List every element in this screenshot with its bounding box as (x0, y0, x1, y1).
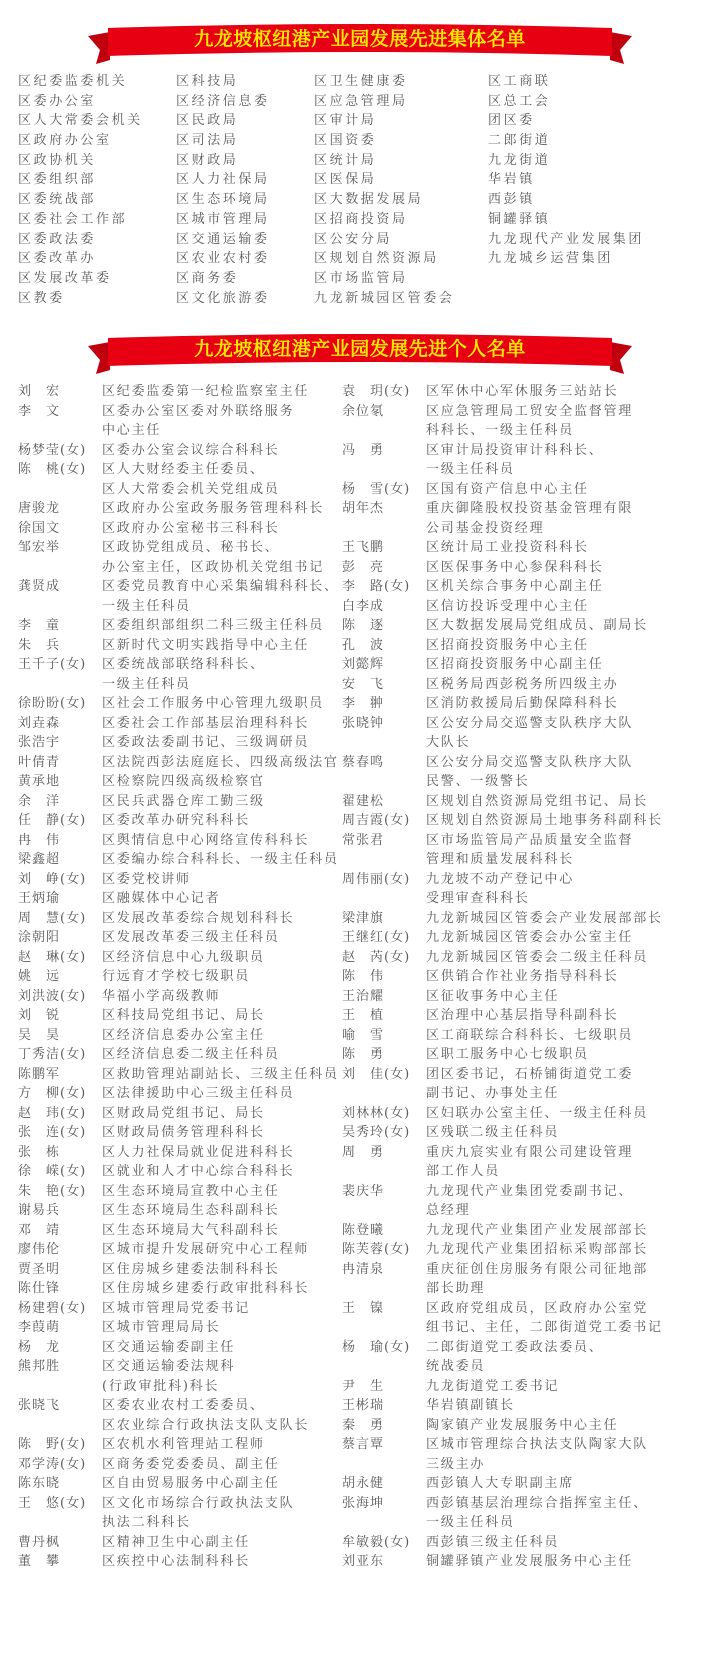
person-title: 重庆征创住房服务有限公司征地部部长助理 (426, 1260, 648, 1299)
person-name: 张晓钟 (342, 714, 426, 753)
person-name: 赵 琳(女) (18, 948, 102, 968)
person-name: 袁 玥(女) (342, 382, 426, 402)
person-row: 张浩宇区委政法委副书记、三级调研员 (18, 733, 339, 753)
person-name: 牟敏毅(女) (342, 1533, 426, 1553)
person-name: 梁津旗 (342, 909, 426, 929)
person-row: 方 柳(女)区法律援助中心三级主任科员 (18, 1084, 339, 1104)
person-row: 陈芙蓉(女)九龙现代产业集团招标采购部部长 (342, 1240, 663, 1260)
person-row: 丁秀洁(女)区经济信息委二级主任科员 (18, 1045, 339, 1065)
person-title-line: 区商务委党委委员、副主任 (102, 1455, 280, 1475)
person-title-line: 区城市提升发展研究中心工程师 (102, 1240, 309, 1260)
person-name: 王飞鹏 (342, 538, 426, 558)
person-title: 区人力社保局就业促进科科长 (102, 1143, 294, 1163)
person-title-line: 区国有资产信息中心主任 (426, 480, 589, 500)
person-name: 邹宏举 (18, 538, 102, 577)
person-row: 冯 勇区审计局投资审计科科长、一级主任科员 (342, 441, 663, 480)
person-title-line: 区农业综合行政执法支队支队长 (102, 1416, 309, 1436)
person-title-line: 区救助管理站副站长、三级主任科员 (102, 1065, 339, 1085)
person-title: 区政府办公室秘书三科科长 (102, 519, 280, 539)
person-title: 区城市管理局党委书记 (102, 1299, 250, 1319)
person-title-line: 区住房城乡建委法制科科长 (102, 1260, 280, 1280)
person-title-line: 区经济信息中心九级职员 (102, 948, 265, 968)
person-title: 区住房城乡建委行政审批科科长 (102, 1279, 309, 1299)
person-title-line: 部长助理 (426, 1279, 648, 1299)
person-title-line: 西彭镇基层治理综合指挥室主任、 (426, 1494, 648, 1514)
collective-item: 区政府办公室 (18, 131, 143, 151)
person-title: 区委改革办研究科科长 (102, 811, 250, 831)
person-title-line: 区审计局投资审计科科长、 (426, 441, 604, 461)
person-row: 王彬瑞华岩镇副镇长 (342, 1396, 663, 1416)
person-title: 区委政法委副书记、三级调研员 (102, 733, 309, 753)
person-title: 区就业和人才中心综合科科长 (102, 1162, 294, 1182)
person-row: 白李成区信访投诉受理中心主任 (342, 597, 663, 617)
person-title-line: 区规划自然资源局党组书记、局长 (426, 792, 648, 812)
person-row: 陈东晓区自由贸易服务中心副主任 (18, 1474, 339, 1494)
person-title-line: 民警、一级警长 (426, 772, 633, 792)
person-title-line: 区人大财经委主任委员、 (102, 460, 280, 480)
person-title-line: 区医保事务中心参保科科长 (426, 558, 604, 578)
person-title-line: 九龙街道党工委书记 (426, 1377, 559, 1397)
person-title-line: 区妇联办公室主任、一级主任科员 (426, 1104, 648, 1124)
collective-item: 区教委 (18, 289, 143, 309)
person-row: 熊邦胜区交通运输委法规科(行政审批科)科长 (18, 1357, 339, 1396)
person-title: 区委党校讲师 (102, 870, 191, 890)
person-title: 区委社会工作部基层治理科科长 (102, 714, 309, 734)
collective-item: 区统计局 (314, 151, 454, 171)
person-title-line: 重庆御隆股权投资基金管理有限 (426, 499, 633, 519)
collective-item: 区总工会 (488, 92, 644, 112)
person-name: 王 植 (342, 1006, 426, 1026)
person-title: 九龙坡不动产登记中心受理审查科科长 (426, 870, 574, 909)
person-row: 刘 宏区纪委监委第一纪检监察室主任 (18, 382, 339, 402)
person-name: 裴庆华 (342, 1182, 426, 1221)
person-title-line: 区工商联综合科科长、七级职员 (426, 1026, 633, 1046)
person-title: 区征收事务中心主任 (426, 987, 559, 1007)
person-title: 区新时代文明实践指导中心主任 (102, 636, 309, 656)
person-title-line: 区新时代文明实践指导中心主任 (102, 636, 309, 656)
person-name: 杨 龙 (18, 1338, 102, 1358)
person-title-line: 区科技局党组书记、局长 (102, 1006, 265, 1026)
person-row: 周吉霞(女)区规划自然资源局土地事务科副科长 (342, 811, 663, 831)
person-title-line: 区规划自然资源局土地事务科副科长 (426, 811, 663, 831)
person-title: 区政协党组成员、秘书长、办公室主任，区政协机关党组书记 (102, 538, 324, 577)
person-title-line: 区委组织部组织二科三级主任科员 (102, 616, 324, 636)
person-title-line: 区税务局西彭税务所四级主办 (426, 675, 618, 695)
person-title-line: 西彭镇人大专职副主席 (426, 1474, 574, 1494)
person-row: 安 飞区税务局西彭税务所四级主办 (342, 675, 663, 695)
collective-item: 区农业农村委 (176, 249, 270, 269)
person-name: 朱 艳(女) (18, 1182, 102, 1202)
person-row: 李 路(女)区机关综合事务中心副主任 (342, 577, 663, 597)
person-name: 周伟丽(女) (342, 870, 426, 909)
person-title-line: 铜罐驿镇产业发展服务中心主任 (426, 1552, 633, 1572)
person-title: 区招商投资服务中心副主任 (426, 655, 604, 675)
collective-item: 西彭镇 (488, 190, 644, 210)
person-title: 区发展改革委三级主任科员 (102, 928, 280, 948)
collective-item: 区司法局 (176, 131, 270, 151)
collective-item: 区委政法委 (18, 230, 143, 250)
person-name: 周吉霞(女) (342, 811, 426, 831)
collective-column-3: 区卫生健康委区应急管理局区审计局区国资委区统计局区医保局区大数据发展局区招商投资… (314, 72, 454, 308)
person-title: 区城市提升发展研究中心工程师 (102, 1240, 309, 1260)
person-name: 丁秀洁(女) (18, 1045, 102, 1065)
person-row: 秦 勇陶家镇产业发展服务中心主任 (342, 1416, 663, 1436)
person-row: 胡永健西彭镇人大专职副主席 (342, 1474, 663, 1494)
person-row: 蔡春鸣区公安分局交巡警支队秩序大队民警、一级警长 (342, 753, 663, 792)
person-name: 陈鹏军 (18, 1065, 102, 1085)
collective-item: 区委组织部 (18, 170, 143, 190)
collective-item: 区发展改革委 (18, 269, 143, 289)
person-name: 胡永健 (342, 1474, 426, 1494)
person-row: 李葭萌区城市管理局局长 (18, 1318, 339, 1338)
person-title-line: 区军休中心军休服务三站站长 (426, 382, 618, 402)
person-title: 区政府党组成员，区政府办公室党组书记、主任，二郎街道党工委书记 (426, 1299, 663, 1338)
person-row: 赵 玮(女)区财政局党组书记、局长 (18, 1104, 339, 1124)
collective-item: 九龙新城园区管委会 (314, 289, 454, 309)
individual-column-right: 袁 玥(女)区军休中心军休服务三站站长余位氡区应急管理局工贸安全监督管理科科长、… (342, 382, 663, 1572)
person-row: 杨 龙区交通运输委副主任 (18, 1338, 339, 1358)
person-title: 区法律援助中心三级主任科员 (102, 1084, 294, 1104)
collective-item: 区招商投资局 (314, 210, 454, 230)
collective-item: 区城市管理局 (176, 210, 270, 230)
person-title: 区信访投诉受理中心主任 (426, 597, 589, 617)
person-name: 胡年杰 (342, 499, 426, 538)
person-name: 刘林林(女) (342, 1104, 426, 1124)
collective-item: 区规划自然资源局 (314, 249, 454, 269)
person-row: 喻 雪区工商联综合科科长、七级职员 (342, 1026, 663, 1046)
collective-item: 区委办公室 (18, 92, 143, 112)
person-row: 王治耀区征收事务中心主任 (342, 987, 663, 1007)
person-title-line: 二郎街道党工委政法委员、 (426, 1338, 604, 1358)
person-title-line: 区法律援助中心三级主任科员 (102, 1084, 294, 1104)
person-row: 朱 艳(女)区生态环境局宣教中心主任 (18, 1182, 339, 1202)
person-title: 区职工服务中心七级职员 (426, 1045, 589, 1065)
person-name: 孔 波 (342, 636, 426, 656)
collective-column-1: 区纪委监委机关区委办公室区人大常委会机关区政府办公室区政协机关区委组织部区委统战… (18, 72, 143, 308)
person-row: 徐 嵘(女)区就业和人才中心综合科科长 (18, 1162, 339, 1182)
person-row: 邹宏举区政协党组成员、秘书长、办公室主任，区政协机关党组书记 (18, 538, 339, 577)
person-title-line: 三级主办 (426, 1455, 648, 1475)
person-title: 区工商联综合科科长、七级职员 (426, 1026, 633, 1046)
person-title: 区救助管理站副站长、三级主任科员 (102, 1065, 339, 1085)
person-row: 张 栋区人力社保局就业促进科科长 (18, 1143, 339, 1163)
person-title-line: 区城市管理综合执法支队陶家大队 (426, 1435, 648, 1455)
person-title-line: 区发展改革委三级主任科员 (102, 928, 280, 948)
collective-item: 区纪委监委机关 (18, 72, 143, 92)
collective-item: 区委统战部 (18, 190, 143, 210)
person-title-line: 统战委员 (426, 1357, 604, 1377)
person-name: 徐 嵘(女) (18, 1162, 102, 1182)
person-name: 陈东晓 (18, 1474, 102, 1494)
person-title-line: 区政府办公室政务服务管理科科长 (102, 499, 324, 519)
person-name: 杨 瑜(女) (342, 1338, 426, 1377)
person-title: 区发展改革委综合规划科科长 (102, 909, 294, 929)
collective-banner: 九龙坡枢纽港产业园发展先进集体名单 (88, 18, 632, 62)
person-row: 赵 琳(女)区经济信息中心九级职员 (18, 948, 339, 968)
person-title: 九龙新城园区管委会产业发展部部长 (426, 909, 663, 929)
person-row: 王 镍区政府党组成员，区政府办公室党组书记、主任，二郎街道党工委书记 (342, 1299, 663, 1338)
person-name: 张 连(女) (18, 1123, 102, 1143)
person-row: 冉清泉重庆征创住房服务有限公司征地部部长助理 (342, 1260, 663, 1299)
person-title-line: 一级主任科员 (102, 597, 339, 617)
person-title-line: 区城市管理局局长 (102, 1318, 220, 1338)
person-title: 西彭镇基层治理综合指挥室主任、一级主任科员 (426, 1494, 648, 1533)
collective-item: 区应急管理局 (314, 92, 454, 112)
collective-item: 区文化旅游委 (176, 289, 270, 309)
person-title-line: 区交通运输委副主任 (102, 1338, 235, 1358)
person-row: 梁鑫超区委编办综合科科长、一级主任科员 (18, 850, 339, 870)
person-title-line: 区消防救援局后勤保障科科长 (426, 694, 618, 714)
collective-column-4: 区工商联区总工会团区委二郎街道九龙街道华岩镇西彭镇铜罐驿镇九龙现代产业发展集团九… (488, 72, 644, 269)
person-row: 彭 亮区医保事务中心参保科科长 (342, 558, 663, 578)
person-title: 区生态环境局宣教中心主任 (102, 1182, 280, 1202)
person-title: 区招商投资服务中心主任 (426, 636, 589, 656)
person-title: 区生态环境局生态科副科长 (102, 1201, 280, 1221)
person-title-line: 区融媒体中心记者 (102, 889, 220, 909)
person-title: 区财政局债务管理科科长 (102, 1123, 265, 1143)
person-title-line: 区经济信息委办公室主任 (102, 1026, 265, 1046)
person-name: 谢易兵 (18, 1201, 102, 1221)
person-title-line: 九龙新城园区管委会办公室主任 (426, 928, 633, 948)
person-title: 区经济信息委办公室主任 (102, 1026, 265, 1046)
person-row: 刘垚森区委社会工作部基层治理科科长 (18, 714, 339, 734)
person-title-line: 区公安分局交巡警支队秩序大队 (426, 714, 633, 734)
person-name: 曹丹枫 (18, 1533, 102, 1553)
person-title: 区民兵武器仓库工勤三级 (102, 792, 265, 812)
person-row: 张 连(女)区财政局债务管理科科长 (18, 1123, 339, 1143)
person-title: 区经济信息中心九级职员 (102, 948, 265, 968)
person-name: 刘亚东 (342, 1552, 426, 1572)
person-row: 张晓钟区公安分局交巡警支队秩序大队大队长 (342, 714, 663, 753)
person-title-line: 区交通运输委法规科 (102, 1357, 235, 1377)
person-title: 区残联二级主任科员 (426, 1123, 559, 1143)
person-title: 西彭镇人大专职副主席 (426, 1474, 574, 1494)
person-title: 区消防救援局后勤保障科科长 (426, 694, 618, 714)
person-title-line: 区委改革办研究科科长 (102, 811, 250, 831)
person-name: 冉 伟 (18, 831, 102, 851)
person-title: 铜罐驿镇产业发展服务中心主任 (426, 1552, 633, 1572)
person-name: 李葭萌 (18, 1318, 102, 1338)
person-name: 王 悠(女) (18, 1494, 102, 1533)
individual-column-left: 刘 宏区纪委监委第一纪检监察室主任李 文区委办公室区委对外联络服务中心主任杨梦莹… (18, 382, 339, 1572)
person-title: 区交通运输委副主任 (102, 1338, 235, 1358)
person-row: 周伟丽(女)九龙坡不动产登记中心受理审查科科长 (342, 870, 663, 909)
person-title: 区应急管理局工贸安全监督管理科科长、一级主任科员 (426, 402, 633, 441)
person-title-line: 行远育才学校七级职员 (102, 967, 250, 987)
person-name: 吴秀玲(女) (342, 1123, 426, 1143)
person-title: 区委编办综合科科长、一级主任科员 (102, 850, 339, 870)
person-name: 姚 远 (18, 967, 102, 987)
person-name: 李 童 (18, 616, 102, 636)
person-name: 冯 勇 (342, 441, 426, 480)
person-row: 董 攀区疾控中心法制科科长 (18, 1552, 339, 1572)
collective-column-2: 区科技局区经济信息委区民政局区司法局区财政局区人力社保局区生态环境局区城市管理局… (176, 72, 270, 308)
person-title-line: 区供销合作社业务指导科科长 (426, 967, 618, 987)
person-name: 李 文 (18, 402, 102, 441)
person-row: 张海坤西彭镇基层治理综合指挥室主任、一级主任科员 (342, 1494, 663, 1533)
person-name: 邓学涛(女) (18, 1455, 102, 1475)
collective-item: 九龙现代产业发展集团 (488, 230, 644, 250)
person-row: 袁 玥(女)区军休中心军休服务三站站长 (342, 382, 663, 402)
person-row: 黄承地区检察院四级高级检察官 (18, 772, 339, 792)
person-title-line: 九龙新城园区管委会产业发展部部长 (426, 909, 663, 929)
person-row: 翟建松区规划自然资源局党组书记、局长 (342, 792, 663, 812)
person-title-line: 执法二科科长 (102, 1513, 294, 1533)
person-title-line: 区精神卫生中心副主任 (102, 1533, 250, 1553)
collective-item: 铜罐驿镇 (488, 210, 644, 230)
person-title: 区治理中心基层指导科副科长 (426, 1006, 618, 1026)
person-row: 张晓飞区委农业农村工委委员、区农业综合行政执法支队支队长 (18, 1396, 339, 1435)
person-name: 邓 靖 (18, 1221, 102, 1241)
person-row: 梁津旗九龙新城园区管委会产业发展部部长 (342, 909, 663, 929)
person-title-line: 区文化市场综合行政执法支队 (102, 1494, 294, 1514)
person-title-line: 重庆征创住房服务有限公司征地部 (426, 1260, 648, 1280)
person-name: 张晓飞 (18, 1396, 102, 1435)
person-title-line: 区生态环境局宣教中心主任 (102, 1182, 280, 1202)
person-title: 团区委书记，石桥铺街道党工委副书记、办事处主任 (426, 1065, 633, 1104)
person-title-line: 区应急管理局工贸安全监督管理 (426, 402, 633, 422)
person-title-line: 办公室主任，区政协机关党组书记 (102, 558, 324, 578)
person-title: 区审计局投资审计科科长、一级主任科员 (426, 441, 604, 480)
person-row: 曹丹枫区精神卫生中心副主任 (18, 1533, 339, 1553)
person-title: 区委办公室区委对外联络服务中心主任 (102, 402, 294, 441)
collective-item: 区工商联 (488, 72, 644, 92)
person-title-line: 一级主任科员 (102, 675, 265, 695)
person-row: 胡年杰重庆御隆股权投资基金管理有限公司基金投资经理 (342, 499, 663, 538)
person-title: 区市场监管局产品质量安全监督管理和质量发展科科长 (426, 831, 633, 870)
person-row: 刘 锐区科技局党组书记、局长 (18, 1006, 339, 1026)
person-title: 九龙新城园区管委会办公室主任 (426, 928, 633, 948)
person-title-line: 区检察院四级高级检察官 (102, 772, 265, 792)
person-title-line: 区生态环境局大气科副科长 (102, 1221, 280, 1241)
person-name: 常张君 (342, 831, 426, 870)
person-row: 谢易兵区生态环境局生态科副科长 (18, 1201, 339, 1221)
person-title-line: 区委统战部联络科科长、 (102, 655, 265, 675)
person-title: 区生态环境局大气科副科长 (102, 1221, 280, 1241)
person-name: 徐盼盼(女) (18, 694, 102, 714)
person-name: 刘洪波(女) (18, 987, 102, 1007)
person-row: 李 翀区消防救援局后勤保障科科长 (342, 694, 663, 714)
person-row: 陈 勇区职工服务中心七级职员 (342, 1045, 663, 1065)
person-title: 行远育才学校七级职员 (102, 967, 250, 987)
person-row: 余 洋区民兵武器仓库工勤三级 (18, 792, 339, 812)
person-title-line: 管理和质量发展科科长 (426, 850, 633, 870)
person-row: 刘林林(女)区妇联办公室主任、一级主任科员 (342, 1104, 663, 1124)
person-title-line: 区政府党组成员，区政府办公室党 (426, 1299, 663, 1319)
person-title: 区经济信息委二级主任科员 (102, 1045, 280, 1065)
person-title: 区委农业农村工委委员、区农业综合行政执法支队支队长 (102, 1396, 309, 1435)
person-row: 周 慧(女)区发展改革委综合规划科科长 (18, 909, 339, 929)
person-row: 刘 佳(女)团区委书记，石桥铺街道党工委副书记、办事处主任 (342, 1065, 663, 1104)
person-row: 冉 伟区舆情信息中心网络宣传科科长 (18, 831, 339, 851)
person-title: 区委统战部联络科科长、一级主任科员 (102, 655, 265, 694)
person-name: 翟建松 (342, 792, 426, 812)
person-title: 区委组织部组织二科三级主任科员 (102, 616, 324, 636)
collective-item: 华岩镇 (488, 170, 644, 190)
person-name: 杨 雪(女) (342, 480, 426, 500)
person-name: 廖伟伦 (18, 1240, 102, 1260)
person-row: 陈 野(女)区农机水利管理站工程师 (18, 1435, 339, 1455)
person-row: 朱 兵区新时代文明实践指导中心主任 (18, 636, 339, 656)
person-title-line: 副书记、办事处主任 (426, 1084, 633, 1104)
person-row: 尹 生九龙街道党工委书记 (342, 1377, 663, 1397)
person-title-line: 公司基金投资经理 (426, 519, 633, 539)
person-title: 区科技局党组书记、局长 (102, 1006, 265, 1026)
person-title-line: 区发展改革委综合规划科科长 (102, 909, 294, 929)
person-row: 李 文区委办公室区委对外联络服务中心主任 (18, 402, 339, 441)
person-title: 区机关综合事务中心副主任 (426, 577, 604, 597)
person-name: 蔡春鸣 (342, 753, 426, 792)
person-name: 陈 野(女) (18, 1435, 102, 1455)
person-title: 区统计局工业投资科科长 (426, 538, 589, 558)
person-title-line: 华岩镇副镇长 (426, 1396, 515, 1416)
person-name: 杨梦莹(女) (18, 441, 102, 461)
person-name: 刘 锐 (18, 1006, 102, 1026)
collective-banner-title: 九龙坡枢纽港产业园发展先进集体名单 (88, 24, 632, 51)
person-title-line: 区财政局党组书记、局长 (102, 1104, 265, 1124)
collective-item: 二郎街道 (488, 131, 644, 151)
person-title-line: 区职工服务中心七级职员 (426, 1045, 589, 1065)
individual-banner: 九龙坡枢纽港产业园发展先进个人名单 (88, 328, 632, 372)
person-row: 陈仕锋区住房城乡建委行政审批科科长 (18, 1279, 339, 1299)
collective-item: 区财政局 (176, 151, 270, 171)
person-title-line: 区就业和人才中心综合科科长 (102, 1162, 294, 1182)
collective-item: 区市场监管局 (314, 269, 454, 289)
person-row: 王炳瑜区融媒体中心记者 (18, 889, 339, 909)
person-row: 杨建碧(女)区城市管理局党委书记 (18, 1299, 339, 1319)
person-name: 张浩宇 (18, 733, 102, 753)
person-title-line: 九龙坡不动产登记中心 (426, 870, 574, 890)
person-row: 余位氡区应急管理局工贸安全监督管理科科长、一级主任科员 (342, 402, 663, 441)
person-title: 区住房城乡建委法制科科长 (102, 1260, 280, 1280)
person-row: 周 勇重庆九宸实业有限公司建设管理部工作人员 (342, 1143, 663, 1182)
collective-item: 区民政局 (176, 111, 270, 131)
person-name: 赵 芮(女) (342, 948, 426, 968)
person-name: 白李成 (342, 597, 426, 617)
person-title-line: 区公安分局交巡警支队秩序大队 (426, 753, 633, 773)
person-name: 陈 伟 (342, 967, 426, 987)
person-title-line: 九龙现代产业集团招标采购部部长 (426, 1240, 648, 1260)
person-title-line: 陶家镇产业发展服务中心主任 (426, 1416, 618, 1436)
collective-item: 区国资委 (314, 131, 454, 151)
person-row: 任 静(女)区委改革办研究科科长 (18, 811, 339, 831)
person-name: 梁鑫超 (18, 850, 102, 870)
person-row: 徐国文区政府办公室秘书三科科长 (18, 519, 339, 539)
person-title: 九龙现代产业集团招标采购部部长 (426, 1240, 648, 1260)
person-title: 区委办公室会议综合科科长 (102, 441, 280, 461)
person-title-line: 区残联二级主任科员 (426, 1123, 559, 1143)
person-row: 李 童区委组织部组织二科三级主任科员 (18, 616, 339, 636)
person-row: 刘亚东铜罐驿镇产业发展服务中心主任 (342, 1552, 663, 1572)
person-name: 杨建碧(女) (18, 1299, 102, 1319)
person-title-line: 区信访投诉受理中心主任 (426, 597, 589, 617)
person-name: 彭 亮 (342, 558, 426, 578)
person-title-line: 区自由贸易服务中心副主任 (102, 1474, 280, 1494)
collective-item: 区审计局 (314, 111, 454, 131)
person-name: 张 栋 (18, 1143, 102, 1163)
collective-item: 区生态环境局 (176, 190, 270, 210)
person-title: 区商务委党委委员、副主任 (102, 1455, 280, 1475)
person-row: 王继红(女)九龙新城园区管委会办公室主任 (342, 928, 663, 948)
person-name: 吴 昊 (18, 1026, 102, 1046)
person-title: 区精神卫生中心副主任 (102, 1533, 250, 1553)
person-row: 叶倩青区法院西彭法庭庭长、四级高级法官 (18, 753, 339, 773)
person-name: 陈 逐 (342, 616, 426, 636)
person-name: 龚贤成 (18, 577, 102, 616)
person-title-line: 区委办公室区委对外联络服务 (102, 402, 294, 422)
person-name: 王继红(女) (342, 928, 426, 948)
person-row: 陈鹏军区救助管理站副站长、三级主任科员 (18, 1065, 339, 1085)
